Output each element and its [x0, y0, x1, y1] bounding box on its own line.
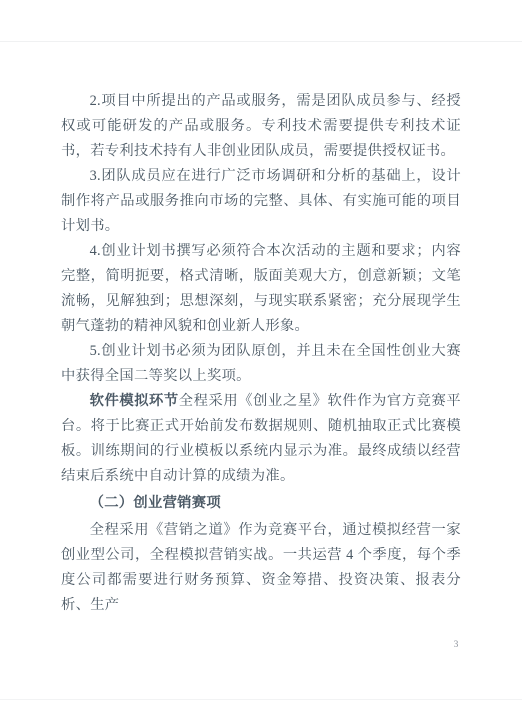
software-simulation-bold-lead: 软件模拟环节: [90, 393, 179, 409]
document-page: 2.项目中所提出的产品或服务，需是团队成员参与、经授权或可能研发的产品或服务。专…: [0, 0, 522, 707]
paragraph-rule-2: 2.项目中所提出的产品或服务，需是团队成员参与、经授权或可能研发的产品或服务。专…: [61, 89, 461, 164]
document-body-text: 2.项目中所提出的产品或服务，需是团队成员参与、经授权或可能研发的产品或服务。专…: [61, 89, 461, 618]
paragraph-rule-5: 5.创业计划书必须为团队原创，并且未在全国性创业大赛中获得全国二等奖以上奖项。: [61, 339, 461, 389]
page-top-edge-line: [0, 41, 522, 42]
page-number: 3: [448, 638, 464, 652]
paragraph-software-simulation: 软件模拟环节全程采用《创业之星》软件作为官方竞赛平台。将于比赛正式开始前发布数据…: [61, 389, 461, 489]
paragraph-rule-4: 4.创业计划书撰写必须符合本次活动的主题和要求；内容完整，简明扼要，格式清晰，版…: [61, 239, 461, 339]
page-bottom-edge-line: [0, 699, 522, 700]
section-heading-entrepreneurship-marketing: （二）创业营销赛项: [61, 491, 461, 516]
paragraph-marketing-platform: 全程采用《营销之道》作为竞赛平台，通过模拟经营一家创业型公司，全程模拟营销实战。…: [61, 518, 461, 618]
paragraph-rule-3: 3.团队成员应在进行广泛市场调研和分析的基础上，设计制作将产品或服务推向市场的完…: [61, 164, 461, 239]
